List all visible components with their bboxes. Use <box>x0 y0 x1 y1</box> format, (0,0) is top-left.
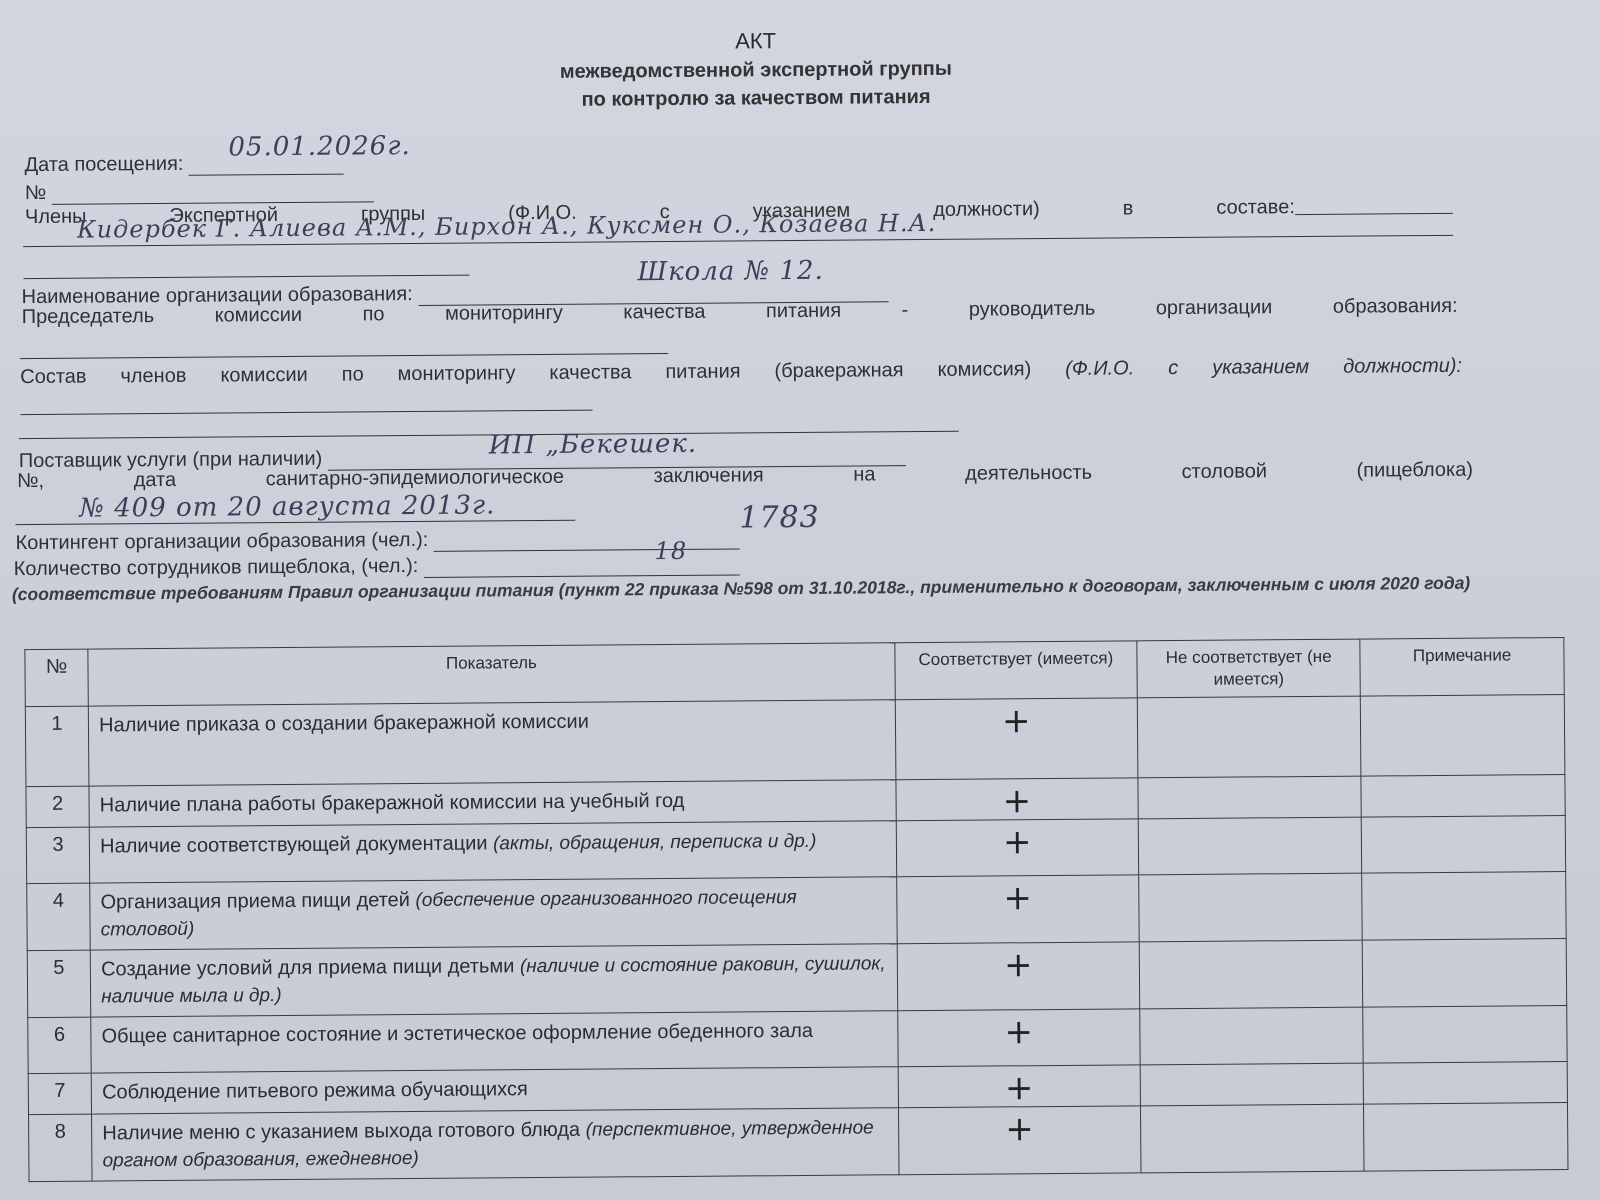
row-remark-cell[interactable] <box>1362 871 1566 940</box>
label-word: санитарно-эпидемиологическое <box>266 466 564 491</box>
row-indicator: Соблюдение питьевого режима обучающихся <box>91 1067 898 1114</box>
row-number: 1 <box>25 706 89 786</box>
row-indicator: Наличие приказа о создании бракеражной к… <box>88 700 895 786</box>
row-not-complies-cell[interactable] <box>1141 1104 1365 1173</box>
indicator-text: Наличие приказа о создании бракеражной к… <box>99 711 589 737</box>
staff-label: Количество сотрудников пищеблока, (чел.)… <box>14 555 419 580</box>
row-complies-cell[interactable]: + <box>896 875 1139 944</box>
label-word: по <box>362 303 384 326</box>
row-indicator: Наличие меню с указанием выхода готового… <box>92 1108 899 1181</box>
row-complies-cell[interactable]: + <box>897 1009 1140 1067</box>
table-row: 5Создание условий для приема пищи детьми… <box>27 938 1566 1017</box>
row-complies-cell[interactable]: + <box>898 1065 1141 1108</box>
row-complies-cell[interactable]: + <box>898 1106 1141 1175</box>
label-word: питания <box>766 300 841 324</box>
row-not-complies-cell[interactable] <box>1138 817 1362 875</box>
contingent-field: Контингент организации образования (чел.… <box>15 526 740 555</box>
row-complies-cell[interactable]: + <box>896 778 1139 821</box>
indicators-table: № Показатель Соответствует (имеется) Не … <box>24 637 1568 1182</box>
label-word: №, <box>17 470 44 493</box>
label-word: на <box>853 463 875 486</box>
row-indicator: Наличие плана работы бракеражной комисси… <box>89 780 896 827</box>
commission-label: Составчленовкомиссиипомониторингукачеств… <box>20 355 1462 389</box>
label-word: образования: <box>1333 295 1458 319</box>
label-word: качества <box>549 361 631 385</box>
members-value: Кидербек Г. Алиева А.М., Бирхон А., Кукс… <box>77 209 936 244</box>
table-row: 4Организация приема пищи детей (обеспече… <box>27 871 1566 950</box>
label-word: комиссия) <box>937 358 1031 382</box>
row-indicator: Общее санитарное состояние и эстетическо… <box>91 1011 898 1073</box>
label-word: по <box>342 363 364 386</box>
row-number: 6 <box>28 1017 92 1073</box>
row-indicator: Наличие соответствующей документации (ак… <box>89 821 896 883</box>
row-not-complies-cell[interactable] <box>1140 1063 1364 1106</box>
header-not-complies: Не соответствует (не имеется) <box>1137 639 1361 698</box>
sanitary-value: № 409 от 20 августа 2013г. <box>79 490 495 523</box>
label-word: комиссии <box>220 364 308 388</box>
supplier-value: ИП „Бекешек. <box>489 429 698 461</box>
indicator-subtext: (акты, обращения, переписка и др.) <box>493 831 816 855</box>
label-word: дата <box>134 469 177 492</box>
label-word: организации <box>1156 296 1273 320</box>
visit-date-value: 05.01.2026г. <box>228 131 411 162</box>
row-remark-cell[interactable] <box>1363 1005 1567 1063</box>
row-remark-cell[interactable] <box>1361 774 1565 817</box>
check-mark: + <box>1003 827 1032 857</box>
label-word: деятельность <box>965 462 1092 486</box>
row-complies-cell[interactable]: + <box>897 942 1140 1011</box>
row-remark-cell[interactable] <box>1362 815 1566 873</box>
label-word: в <box>1123 197 1134 220</box>
check-mark: + <box>1005 1073 1034 1103</box>
check-mark: + <box>1003 786 1032 816</box>
header-remark: Примечание <box>1360 638 1564 697</box>
label-word: членов <box>120 365 186 389</box>
label-word: питания <box>665 360 740 384</box>
indicator-text: Соблюдение питьевого режима обучающихся <box>102 1078 528 1103</box>
table-row: 1Наличие приказа о создании бракеражной … <box>25 695 1565 787</box>
contingent-label: Контингент организации образования (чел.… <box>15 529 428 554</box>
indicator-text: Наличие плана работы бракеражной комисси… <box>100 790 685 817</box>
row-remark-cell[interactable] <box>1361 695 1565 777</box>
label-word: должности) <box>933 198 1040 222</box>
row-indicator: Организация приема пищи детей (обеспечен… <box>90 877 897 950</box>
indicator-text: Наличие соответствующей документации <box>100 832 488 857</box>
org-name-value: Школа № 12. <box>637 256 824 287</box>
check-mark: + <box>1003 883 1032 913</box>
label-word: качества <box>623 301 705 325</box>
check-mark: + <box>1002 706 1031 736</box>
label-word: руководитель <box>969 298 1096 322</box>
label-word: Председатель <box>22 305 155 329</box>
row-complies-cell[interactable]: + <box>895 698 1138 780</box>
indicator-text: Создание условий для приема пищи детьми <box>101 955 514 980</box>
label-word: (бракеражная <box>774 359 903 383</box>
label-word: мониторингу <box>398 362 516 386</box>
label-word: комиссии <box>215 304 303 328</box>
label-word: (Ф.И.О. <box>1065 357 1134 381</box>
check-mark: + <box>1004 950 1033 980</box>
row-not-complies-cell[interactable] <box>1138 776 1362 819</box>
row-remark-cell[interactable] <box>1363 1061 1567 1104</box>
number-field: № <box>25 179 374 205</box>
header-no: № <box>25 649 89 706</box>
label-word: Состав <box>20 366 86 390</box>
row-number: 4 <box>27 883 91 950</box>
label-word: мониторингу <box>445 302 563 326</box>
document-page: АКТ межведомственной экспертной группы п… <box>0 0 1600 1200</box>
row-complies-cell[interactable]: + <box>896 819 1139 877</box>
header-indicator: Показатель <box>88 643 895 706</box>
row-not-complies-cell[interactable] <box>1139 940 1363 1009</box>
row-not-complies-cell[interactable] <box>1140 1007 1364 1065</box>
check-mark: + <box>1005 1114 1034 1144</box>
row-number: 3 <box>26 827 90 883</box>
label-word: заключения <box>653 464 763 488</box>
label-word: с <box>1168 357 1178 380</box>
document-header: АКТ межведомственной экспертной группы п… <box>0 20 1516 118</box>
visit-date-label: Дата посещения: <box>24 153 183 176</box>
row-remark-cell[interactable] <box>1364 1102 1568 1171</box>
label-word: указанием <box>1212 356 1309 380</box>
label-word: - <box>902 299 909 322</box>
number-label: № <box>25 182 47 204</box>
indicator-text: Наличие меню с указанием выхода готового… <box>102 1119 580 1145</box>
label-word: составе: <box>1216 196 1295 220</box>
contingent-value: 1783 <box>739 500 820 536</box>
indicator-text: Организация приема пищи детей <box>100 889 410 913</box>
staff-value: 18 <box>655 537 688 565</box>
row-number: 2 <box>26 786 89 827</box>
row-number: 5 <box>27 950 91 1017</box>
row-not-complies-cell[interactable] <box>1139 873 1363 942</box>
row-indicator: Создание условий для приема пищи детьми … <box>90 944 897 1017</box>
label-word: столовой <box>1182 460 1268 484</box>
label-word: (пищеблока) <box>1357 459 1474 483</box>
row-number: 7 <box>28 1073 91 1114</box>
header-complies: Соответствует (имеется) <box>895 641 1138 700</box>
label-word: должности): <box>1343 355 1462 379</box>
table-row: 8Наличие меню с указанием выхода готовог… <box>29 1102 1568 1181</box>
check-mark: + <box>1004 1017 1033 1047</box>
row-not-complies-cell[interactable] <box>1137 696 1361 778</box>
row-remark-cell[interactable] <box>1362 938 1566 1007</box>
row-number: 8 <box>29 1114 93 1181</box>
indicator-text: Общее санитарное состояние и эстетическо… <box>101 1020 813 1048</box>
